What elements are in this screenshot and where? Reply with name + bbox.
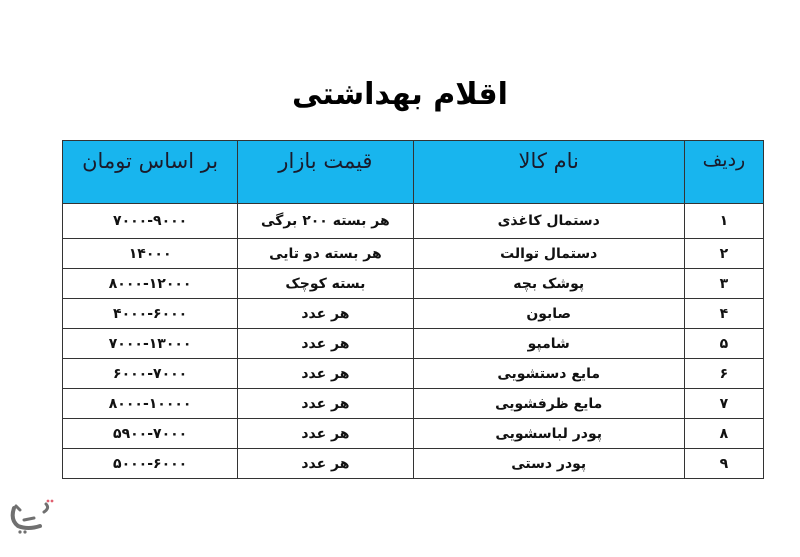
cell-price: ۶۰۰۰-۷۰۰۰ [63, 359, 238, 389]
cell-index: ۴ [684, 299, 763, 329]
cell-item-name: مایع دستشویی [413, 359, 684, 389]
table-row: ۲ دستمال توالت هر بسته دو تایی ۱۴۰۰۰ [63, 239, 764, 269]
cell-price: ۸۰۰۰-۱۰۰۰۰ [63, 389, 238, 419]
table-row: ۳ پوشک بچه بسته کوچک ۸۰۰۰-۱۲۰۰۰ [63, 269, 764, 299]
cell-price: ۷۰۰۰-۹۰۰۰ [63, 204, 238, 239]
cell-item-name: دستمال توالت [413, 239, 684, 269]
cell-item-name: شامپو [413, 329, 684, 359]
cell-index: ۲ [684, 239, 763, 269]
cell-unit: هر عدد [238, 329, 413, 359]
cell-unit: هر عدد [238, 299, 413, 329]
cell-price: ۱۴۰۰۰ [63, 239, 238, 269]
cell-index: ۵ [684, 329, 763, 359]
cell-unit: هر عدد [238, 449, 413, 479]
table-row: ۱ دستمال کاغذی هر بسته ۲۰۰ برگی ۷۰۰۰-۹۰۰… [63, 204, 764, 239]
cell-index: ۸ [684, 419, 763, 449]
cell-item-name: پودر دستی [413, 449, 684, 479]
header-item-name: نام کالا [413, 141, 684, 204]
table-row: ۴ صابون هر عدد ۴۰۰۰-۶۰۰۰ [63, 299, 764, 329]
cell-item-name: پودر لباسشویی [413, 419, 684, 449]
header-index: ردیف [684, 141, 763, 204]
page-title: اقلام بهداشتی [0, 70, 800, 120]
table-row: ۹ پودر دستی هر عدد ۵۰۰۰-۶۰۰۰ [63, 449, 764, 479]
cell-index: ۱ [684, 204, 763, 239]
table-row: ۵ شامپو هر عدد ۷۰۰۰-۱۳۰۰۰ [63, 329, 764, 359]
cell-price: ۷۰۰۰-۱۳۰۰۰ [63, 329, 238, 359]
cell-item-name: پوشک بچه [413, 269, 684, 299]
cell-item-name: مایع ظرفشویی [413, 389, 684, 419]
header-price-toman: بر اساس تومان [63, 141, 238, 204]
header-market-unit: قیمت بازار [238, 141, 413, 204]
cell-unit: هر بسته ۲۰۰ برگی [238, 204, 413, 239]
cell-unit: هر عدد [238, 419, 413, 449]
cell-item-name: صابون [413, 299, 684, 329]
cell-unit: هر عدد [238, 359, 413, 389]
tasnim-logo-icon [6, 498, 54, 538]
table-row: ۸ پودر لباسشویی هر عدد ۵۹۰۰-۷۰۰۰ [63, 419, 764, 449]
cell-unit: هر عدد [238, 389, 413, 419]
cell-item-name: دستمال کاغذی [413, 204, 684, 239]
table-row: ۷ مایع ظرفشویی هر عدد ۸۰۰۰-۱۰۰۰۰ [63, 389, 764, 419]
cell-index: ۹ [684, 449, 763, 479]
cell-price: ۵۰۰۰-۶۰۰۰ [63, 449, 238, 479]
cell-index: ۶ [684, 359, 763, 389]
cell-unit: بسته کوچک [238, 269, 413, 299]
cell-index: ۷ [684, 389, 763, 419]
cell-price: ۴۰۰۰-۶۰۰۰ [63, 299, 238, 329]
hygiene-price-table: ردیف نام کالا قیمت بازار بر اساس تومان ۱… [62, 140, 764, 479]
table-header-row: ردیف نام کالا قیمت بازار بر اساس تومان [63, 141, 764, 204]
cell-index: ۳ [684, 269, 763, 299]
table-row: ۶ مایع دستشویی هر عدد ۶۰۰۰-۷۰۰۰ [63, 359, 764, 389]
cell-price: ۵۹۰۰-۷۰۰۰ [63, 419, 238, 449]
cell-unit: هر بسته دو تایی [238, 239, 413, 269]
cell-price: ۸۰۰۰-۱۲۰۰۰ [63, 269, 238, 299]
